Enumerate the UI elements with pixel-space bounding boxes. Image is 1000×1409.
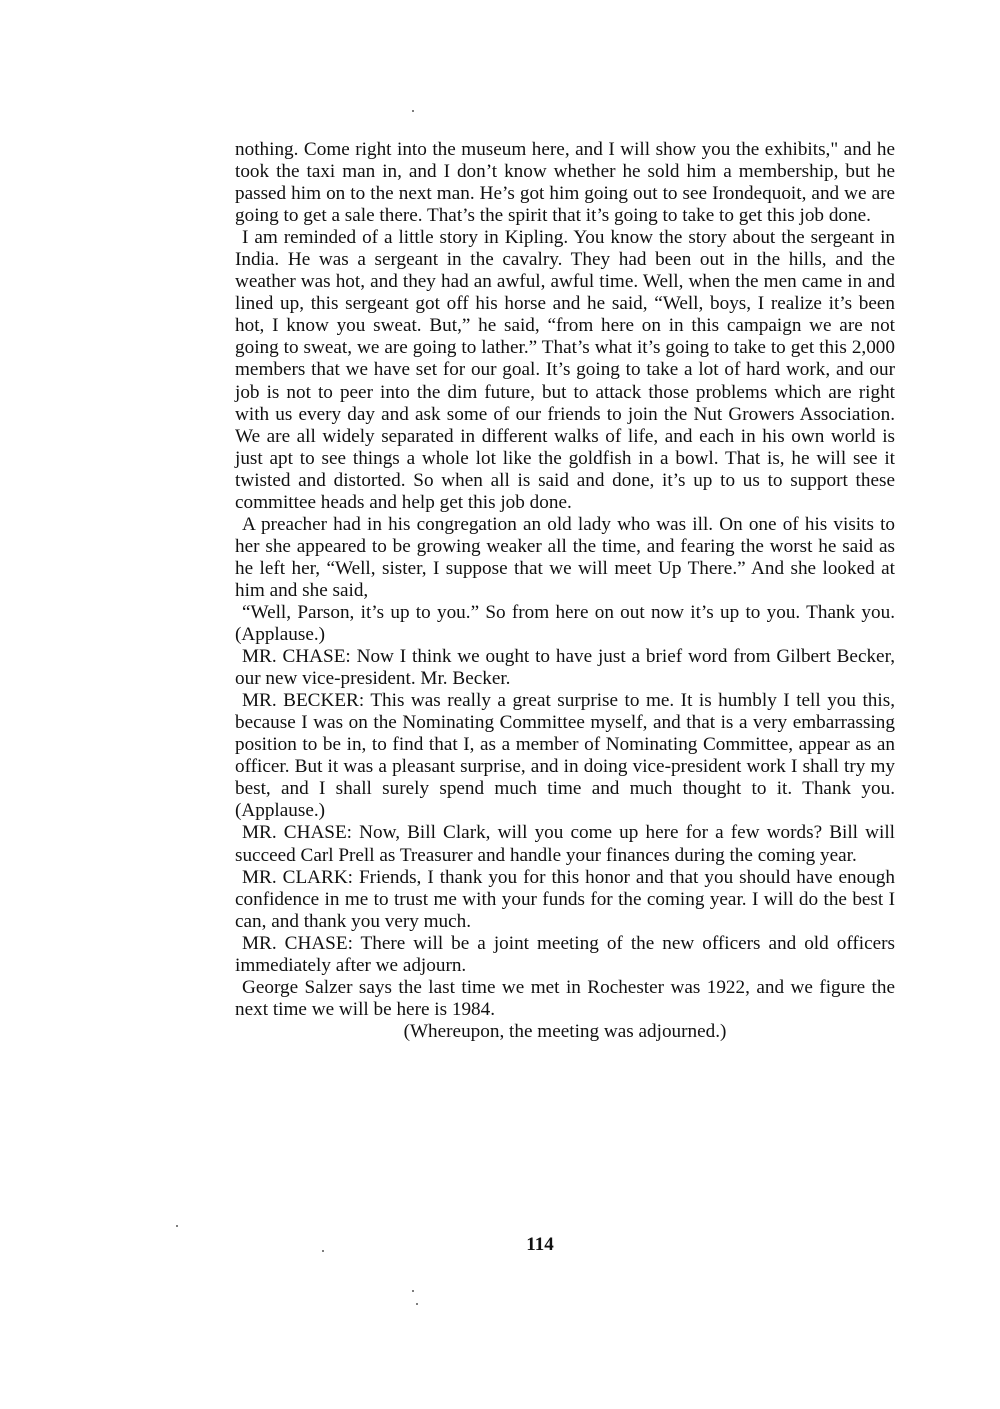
scan-speck bbox=[412, 110, 414, 112]
paragraph-preacher-story: A preacher had in his congregation an ol… bbox=[235, 514, 895, 602]
paragraph-becker-remarks: MR. BECKER: This was really a great surp… bbox=[235, 690, 895, 822]
paragraph-adjournment: (Whereupon, the meeting was adjourned.) bbox=[235, 1021, 895, 1043]
paragraph-chase-introduces-becker: MR. CHASE: Now I think we ought to have … bbox=[235, 646, 895, 690]
paragraph-chase-joint-meeting: MR. CHASE: There will be a joint meeting… bbox=[235, 933, 895, 977]
paragraph-parson-reply: “Well, Parson, it’s up to you.” So from … bbox=[235, 602, 895, 646]
paragraph-continuation: nothing. Come right into the museum here… bbox=[235, 139, 895, 227]
paragraph-clark-remarks: MR. CLARK: Friends, I thank you for this… bbox=[235, 867, 895, 933]
scan-speck bbox=[412, 1290, 414, 1292]
page-number: 114 bbox=[520, 1234, 560, 1256]
scan-speck bbox=[322, 1250, 324, 1252]
paragraph-kipling-story: I am reminded of a little story in Kipli… bbox=[235, 227, 895, 514]
page-body: nothing. Come right into the museum here… bbox=[235, 139, 895, 1043]
scan-speck bbox=[176, 1225, 178, 1227]
paragraph-chase-introduces-clark: MR. CHASE: Now, Bill Clark, will you com… bbox=[235, 822, 895, 866]
scan-speck bbox=[416, 1303, 418, 1305]
paragraph-salzer-note: George Salzer says the last time we met … bbox=[235, 977, 895, 1021]
